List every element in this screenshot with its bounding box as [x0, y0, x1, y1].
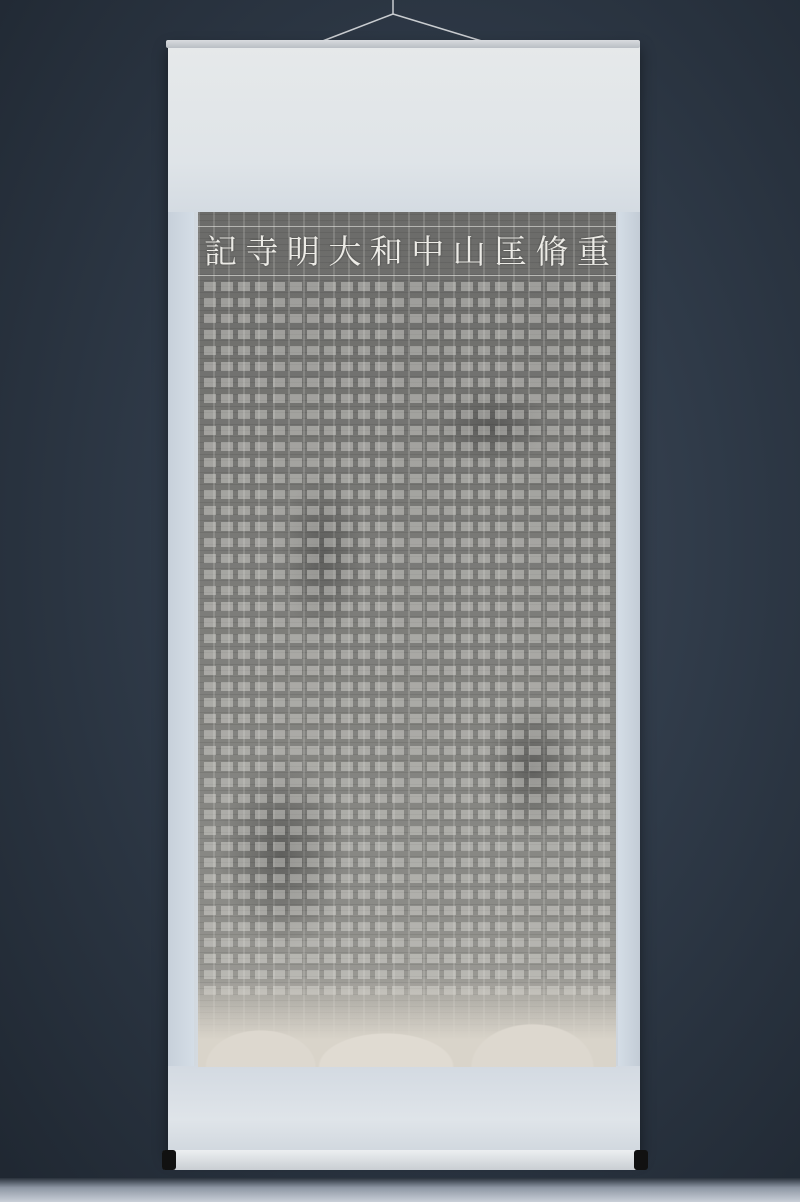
title-char: 中 — [411, 235, 444, 268]
inscription-column — [581, 282, 593, 997]
inscription-column — [204, 282, 216, 997]
title-char: 大 — [328, 235, 361, 268]
inscription-column — [273, 282, 285, 997]
inscription-column — [427, 282, 439, 997]
worn-lower-area — [198, 977, 616, 1067]
roller-end-left — [162, 1150, 176, 1170]
inscription-column — [290, 282, 302, 997]
inscription-column — [529, 282, 541, 997]
inscription-column — [512, 282, 524, 997]
inscription-column — [238, 282, 250, 997]
scroll-heaven-panel — [168, 44, 640, 212]
inscription-column — [547, 282, 559, 997]
inscription-column — [478, 282, 490, 997]
title-char: 重 — [577, 235, 610, 268]
inscription-column — [564, 282, 576, 997]
inscription-column — [392, 282, 404, 997]
title-char: 和 — [370, 235, 403, 268]
inscription-column — [221, 282, 233, 997]
inscription-column — [444, 282, 456, 997]
inscription-column — [307, 282, 319, 997]
title-char: 明 — [287, 235, 320, 268]
top-rod — [166, 40, 640, 48]
inscription-column — [358, 282, 370, 997]
inscription-column — [375, 282, 387, 997]
inscription-column — [495, 282, 507, 997]
rubbing-title: 重 脩 匡 山 中 和 大 明 寺 記 — [198, 226, 616, 276]
bottom-roller — [162, 1150, 646, 1170]
inscription-column — [598, 282, 610, 997]
title-char: 山 — [453, 235, 486, 268]
scroll-left-border — [168, 212, 194, 1066]
stele-rubbing: 重 脩 匡 山 中 和 大 明 寺 記 — [198, 212, 616, 1067]
title-char: 匡 — [494, 235, 527, 268]
title-char: 記 — [204, 235, 237, 268]
inscription-column — [324, 282, 336, 997]
title-char: 寺 — [245, 235, 278, 268]
scroll-right-border — [618, 212, 640, 1066]
inscription-columns — [198, 282, 616, 997]
floor — [0, 1178, 800, 1202]
inscription-column — [410, 282, 422, 997]
scroll-earth-panel — [168, 1066, 640, 1156]
inscription-column — [461, 282, 473, 997]
inscription-column — [341, 282, 353, 997]
title-char: 脩 — [536, 235, 569, 268]
inscription-column — [255, 282, 267, 997]
roller-end-right — [634, 1150, 648, 1170]
